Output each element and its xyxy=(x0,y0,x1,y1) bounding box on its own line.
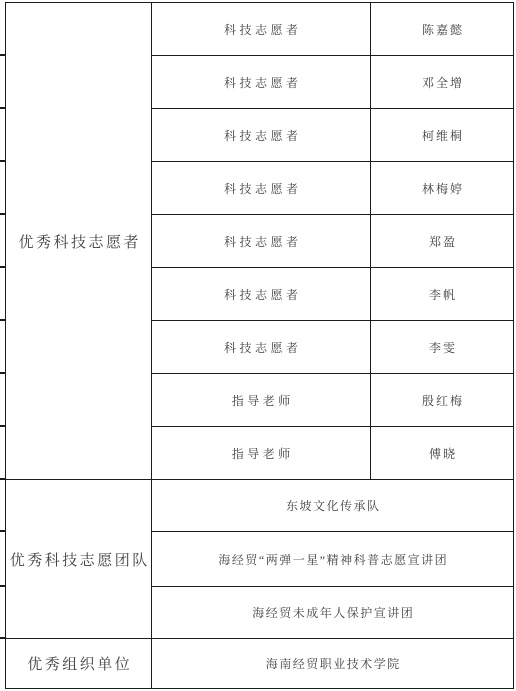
name-cell: 李帆 xyxy=(371,268,514,321)
name-cell: 李雯 xyxy=(371,321,514,374)
role-cell: 科技志愿者 xyxy=(152,268,371,321)
name-cell: 邓全增 xyxy=(371,56,514,109)
org-cell: 海南经贸职业技术学院 xyxy=(152,639,514,689)
role-cell: 科技志愿者 xyxy=(152,321,371,374)
role-cell: 指导老师 xyxy=(152,427,371,480)
role-cell: 科技志愿者 xyxy=(152,109,371,162)
name-cell: 傅晓 xyxy=(371,427,514,480)
category-cell: 优秀科技志愿者 xyxy=(6,3,152,480)
team-cell: 海经贸未成年人保护宣讲团 xyxy=(152,587,514,639)
team-cell: 海经贸“两弹一星”精神科普志愿宣讲团 xyxy=(152,532,514,587)
name-cell: 柯维桐 xyxy=(371,109,514,162)
table-row: 优秀组织单位 海南经贸职业技术学院 xyxy=(6,639,514,689)
table-row: 优秀科技志愿者 科技志愿者 陈嘉懿 xyxy=(6,3,514,56)
category-cell: 优秀组织单位 xyxy=(6,639,152,689)
team-cell: 东坡文化传承队 xyxy=(152,480,514,532)
table-row: 优秀科技志愿团队 东坡文化传承队 xyxy=(6,480,514,532)
role-cell: 科技志愿者 xyxy=(152,56,371,109)
awards-table: 优秀科技志愿者 科技志愿者 陈嘉懿 科技志愿者 邓全增 科技志愿者 柯维桐 科技… xyxy=(5,2,514,689)
name-cell: 郑盈 xyxy=(371,215,514,268)
name-cell: 陈嘉懿 xyxy=(371,3,514,56)
category-cell: 优秀科技志愿团队 xyxy=(6,480,152,639)
name-cell: 殷红梅 xyxy=(371,374,514,427)
role-cell: 科技志愿者 xyxy=(152,3,371,56)
role-cell: 指导老师 xyxy=(152,374,371,427)
role-cell: 科技志愿者 xyxy=(152,215,371,268)
role-cell: 科技志愿者 xyxy=(152,162,371,215)
name-cell: 林梅婷 xyxy=(371,162,514,215)
document-page: 优秀科技志愿者 科技志愿者 陈嘉懿 科技志愿者 邓全增 科技志愿者 柯维桐 科技… xyxy=(0,0,516,691)
